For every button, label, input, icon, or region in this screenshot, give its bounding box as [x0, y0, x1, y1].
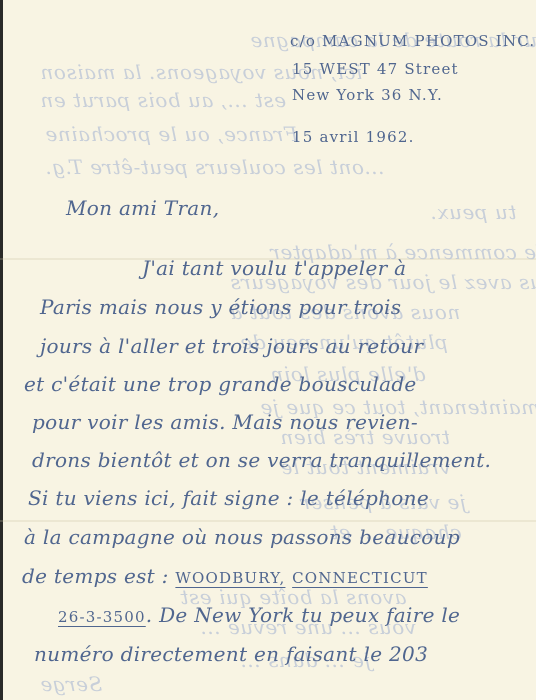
- phone-prefix: de temps est :: [22, 564, 169, 588]
- bleed-through-text: tu peux.: [430, 200, 516, 224]
- address-line-2: 15 WEST 47 Street: [292, 60, 459, 78]
- letter-page: d'abord sur la route de la campagne ici,…: [0, 0, 536, 700]
- phone-number-rest: . De New York tu peux faire le: [146, 603, 460, 627]
- body-line: J'ai tant voulu t'appeler à: [142, 256, 406, 280]
- body-line-last: numéro directement en faisant le 203: [34, 642, 428, 666]
- phone-location-line: de temps est : WOODBURY, CONNECTICUT: [22, 564, 428, 588]
- body-line: drons bientôt et on se verra tranquillem…: [32, 448, 491, 472]
- body-line: à la campagne où nous passons beaucoup: [24, 525, 460, 549]
- bleed-through-text: est ..., au bois parut en: [40, 88, 286, 112]
- body-line: Si tu viens ici, fait signe : le télépho…: [28, 486, 429, 510]
- bleed-through-text: Serge: [40, 672, 102, 696]
- phone-number-line: 26-3-3500. De New York tu peux faire le: [58, 603, 460, 627]
- address-line-1: c/o MAGNUM PHOTOS INC.: [290, 32, 535, 50]
- body-line: Paris mais nous y étions pour trois: [40, 295, 401, 319]
- body-line: pour voir les amis. Mais nous revien-: [32, 410, 418, 434]
- phone-number: 26-3-3500: [58, 608, 146, 626]
- phone-town: WOODBURY,: [175, 569, 285, 587]
- scan-edge: [0, 0, 3, 700]
- body-line: jours à l'aller et trois jours au retour: [40, 334, 423, 358]
- letter-date: 15 avril 1962.: [292, 128, 415, 146]
- bleed-through-text: France, ou le prochaine: [45, 122, 298, 146]
- address-line-3: New York 36 N.Y.: [292, 86, 443, 104]
- phone-state: CONNECTICUT: [292, 569, 428, 587]
- bleed-through-text: ...ont les couleurs peut-être T.g.: [45, 155, 385, 179]
- body-line: et c'était une trop grande bousculade: [24, 372, 417, 396]
- salutation: Mon ami Tran,: [66, 196, 219, 220]
